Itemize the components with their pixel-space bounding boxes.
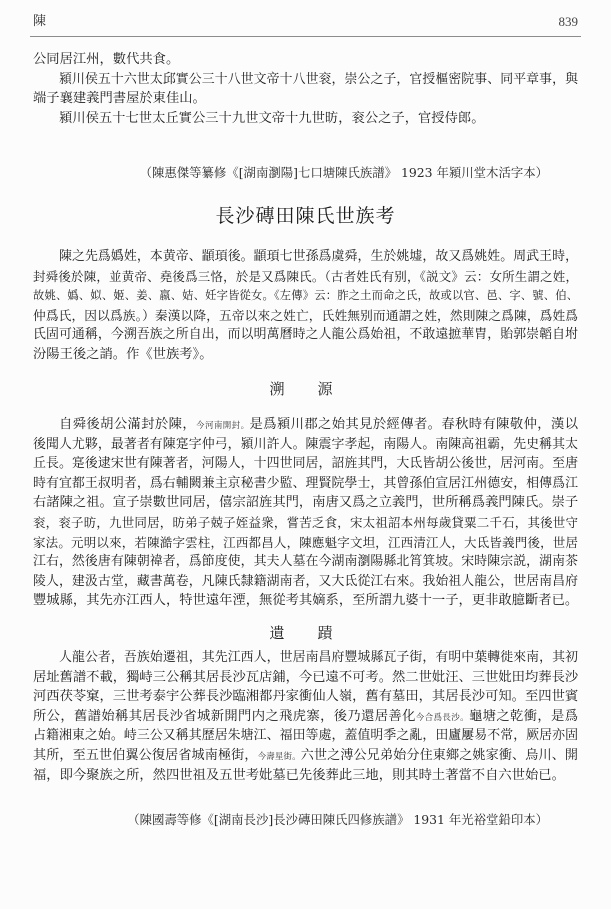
running-header: 陳 839 [33, 13, 578, 31]
text-line: 福，即今聚族之所，然四世祖及五世考妣墓已先後葬此三地，則其時土著當不自六世始已。 [33, 766, 578, 786]
text-line: 丘長。寔後逮宋世有陳著者，河陽人，十四世同居，詔旌其門，大氐皆胡公後世，居河南。… [33, 454, 578, 474]
text-line: 衮，衮子昉，九世同居，昉弟子兢子姪益衆，嘗苦乏食，宋太祖詔本州每歲貸粟二千石，其… [33, 513, 578, 533]
section-heading: 溯 源 [0, 378, 611, 400]
text-line: 汾陽王後之誚。作《世族考》。 [33, 345, 578, 365]
text-line: 潁川侯五十六世太邱實公三十八世文帝十八世衮，崇公之子，官授樞密院事、同平章事，與 [33, 70, 578, 90]
text-line: 家法。元明以來，若陳澔字雲柱，江西都昌人，陳應魁字文坦，江西清江人，大氐皆義門後… [33, 533, 578, 553]
inline-annotation: 今河南開封。 [196, 421, 249, 431]
text-line: 自舜後胡公滿封於陳，今河南開封。是爲潁川郡之始其見於經傳者。春秋時有陳敬仲，漢以 [33, 415, 578, 435]
text-line: 所公，舊譜始稱其居長沙省城新開門内之飛虎寨，後乃還居善化今合爲長沙。龜塘之乾衝，… [33, 707, 578, 727]
inline-annotation: 今壽星街。 [258, 752, 301, 762]
document-page: 陳 839 公同居江州，數代共食。 潁川侯五十六世太邱實公三十八世文帝十八世衮，… [0, 0, 611, 909]
text-line: 仲爲氏，因以爲族。）秦漢以降，五帝以來之姓亡，氏姓無别而通謂之姓，然則陳之爲陳，… [33, 306, 578, 326]
text-line: 故姚、嬀、姒、姬、姜、嬴、姞、妊字皆從女。《左傳》云：胙之土而命之氏，故或以官、… [33, 286, 578, 306]
text-line: 其所，至五世伯翼公復居省城南極街，今壽星街。六世之溥公兄弟始分住東鄉之姚家衝、烏… [33, 746, 578, 766]
text-line: 河西茯苓窠，三世考泰宇公葬長沙臨湘都丹家衝仙人嶺，舊有墓田，其居長沙可知。至四世… [33, 687, 578, 707]
inline-annotation: 今合爲長沙。 [416, 713, 469, 723]
text-line: 封舜後於陳，並黄帝、堯後爲三恪，於是又爲陳氏。（古者姓氏有别，《説文》云：女所生… [33, 267, 578, 287]
text-line: 江右，然後唐有陳朝禕者，爲節度使，其夫人墓在今湖南瀏陽縣北筲箕坡。宋時陳宗説，湖… [33, 552, 578, 572]
section-paragraph: 自舜後胡公滿封於陳，今河南開封。是爲潁川郡之始其見於經傳者。春秋時有陳敬仲，漢以… [33, 415, 578, 611]
text-line: 豐城縣，其先亦江西人，特世遠年湮，無從考其嫡系，至所謂九婆十一子，更非敢臆斷者已… [33, 591, 578, 611]
intro-text: 公同居江州，數代共食。 潁川侯五十六世太邱實公三十八世文帝十八世衮，崇公之子，官… [33, 50, 578, 128]
section-paragraph: 人龍公者，吾族始遷祖，其先江西人，世居南昌府豐城縣瓦子街，有明中葉轉徙來南，其初… [33, 648, 578, 785]
text-segment: 是爲潁川郡之始其見於經傳者。春秋時有陳敬仲，漢以 [250, 417, 579, 432]
text-segment: 龜塘之乾衝，是爲 [469, 709, 578, 724]
article-title: 長沙磚田陳氏世族考 [0, 204, 611, 228]
text-line: 潁川侯五十七世太丘實公三十九世文帝十九世昉，衮公之子，官授侍郎。 [33, 109, 578, 129]
header-rule [30, 36, 581, 37]
text-segment: 自舜後胡公滿封於陳， [59, 417, 196, 432]
text-segment: 其所，至五世伯翼公復居省城南極街， [33, 748, 258, 763]
text-line: 人龍公者，吾族始遷祖，其先江西人，世居南昌府豐城縣瓦子街，有明中葉轉徙來南，其初 [33, 648, 578, 668]
text-line: 時有宜都王叔明者，爲右輔闕兼主京秘書少監、理賢院學士，其曾孫伯宣居江州德安，相傳… [33, 474, 578, 494]
section-heading: 遺 蹟 [0, 622, 611, 644]
text-line: 右諸陳之祖。宣子崇數世同居，僖宗詔旌其門，南唐又爲之立義門，世所稱爲義門陳氏。崇… [33, 493, 578, 513]
running-title: 陳 [33, 13, 46, 31]
text-line: 居址舊譜不載，獨峙三公稱其居長沙瓦店鋪，今已遠不可考。然二世妣汪、三世妣田均葬長… [33, 668, 578, 688]
text-segment: 六世之溥公兄弟始分住東鄉之姚家衝、烏川、開 [301, 748, 578, 763]
text-line: 公同居江州，數代共食。 [33, 50, 578, 70]
source-citation: （陳國壽等修《[湖南長沙]長沙磚田陳氏四修族譜》 1931 年光裕堂鉛印本） [127, 810, 548, 830]
text-line: 陳之先爲嬀姓，本黄帝、顓頊後。顓頊七世孫爲虞舜，生於姚墟，故又爲姚姓。周武王時， [33, 247, 578, 267]
text-line: 後聞人尤夥，最著者有陳寔字仲弓，潁川許人。陳震字孝起，南陽人。南陳高祖霸，先史稱… [33, 435, 578, 455]
text-line: 氏固可通稱，今溯吾族之所自出，而以明萬曆時之人龍公爲始祖，不敢遠摭華胄，貽郭崇韜… [33, 325, 578, 345]
page-number: 839 [559, 13, 579, 31]
source-citation: （陳惠傑等纂修《[湖南瀏陽]七口塘陳氏族譜》 1923 年潁川堂木活字本） [140, 163, 548, 183]
text-segment: 所公，舊譜始稱其居長沙省城新開門内之飛虎寨，後乃還居善化 [33, 709, 416, 724]
text-line: 陵人，建汲古堂，藏書萬卷，凡陳氏隸籍湖南者，又大氐從江右來。我始祖人龍公，世居南… [33, 572, 578, 592]
preface-paragraph: 陳之先爲嬀姓，本黄帝、顓頊後。顓頊七世孫爲虞舜，生於姚墟，故又爲姚姓。周武王時，… [33, 247, 578, 365]
text-line: 占籍湘東之始。峙三公又稱其歷居朱塘江、福田等處，蓋值明季之亂，田廬屢易不常，厥居… [33, 726, 578, 746]
text-line: 端子襄建義門書屋於東佳山。 [33, 89, 578, 109]
